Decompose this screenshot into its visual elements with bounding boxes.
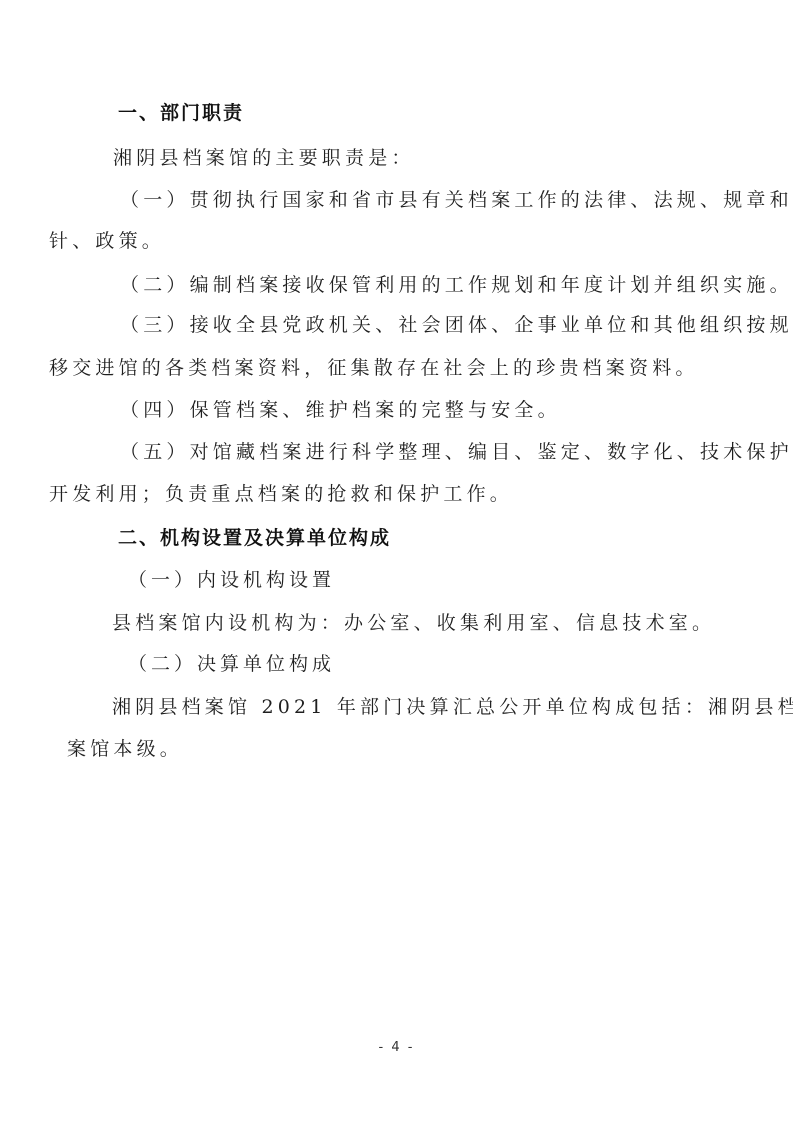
duty-item-5-line2: 开发利用；负责重点档案的抢救和保护工作。 [49,482,513,506]
subsection-title-internal-structure: （一）内设机构设置 [128,568,335,592]
duty-item-2: （二）编制档案接收保管利用的工作规划和年度计划并组织实施。 [120,273,793,297]
internal-structure-body: 县档案馆内设机构为：办公室、收集利用室、信息技术室。 [112,611,715,635]
duty-item-3-line1: （三）接收全县党政机关、社会团体、企事业单位和其他组织按规定 [120,313,793,337]
subsection-title-budget-units: （二）决算单位构成 [128,652,335,676]
budget-units-body-line2: 案馆本级。 [67,737,183,761]
section-heading-organization: 二、机构设置及决算单位构成 [118,526,391,550]
section-heading-duties: 一、部门职责 [118,101,244,125]
duties-intro: 湘阴县档案馆的主要职责是： [113,146,415,170]
duty-item-5-line1: （五）对馆藏档案进行科学整理、编目、鉴定、数字化、技术保护及 [120,440,793,464]
duty-item-4: （四）保管档案、维护档案的完整与安全。 [120,398,561,422]
budget-units-body-line1: 湘阴县档案馆 2021 年部门决算汇总公开单位构成包括：湘阴县档 [112,695,793,719]
document-page: 一、部门职责 湘阴县档案馆的主要职责是： （一）贯彻执行国家和省市县有关档案工作… [0,0,793,1122]
page-number: - 4 - [0,1040,793,1055]
duty-item-3-line2: 移交进馆的各类档案资料，征集散存在社会上的珍贵档案资料。 [49,356,699,380]
duty-item-1-line2: 针、政策。 [49,229,165,253]
duty-item-1-line1: （一）贯彻执行国家和省市县有关档案工作的法律、法规、规章和方 [120,188,793,212]
